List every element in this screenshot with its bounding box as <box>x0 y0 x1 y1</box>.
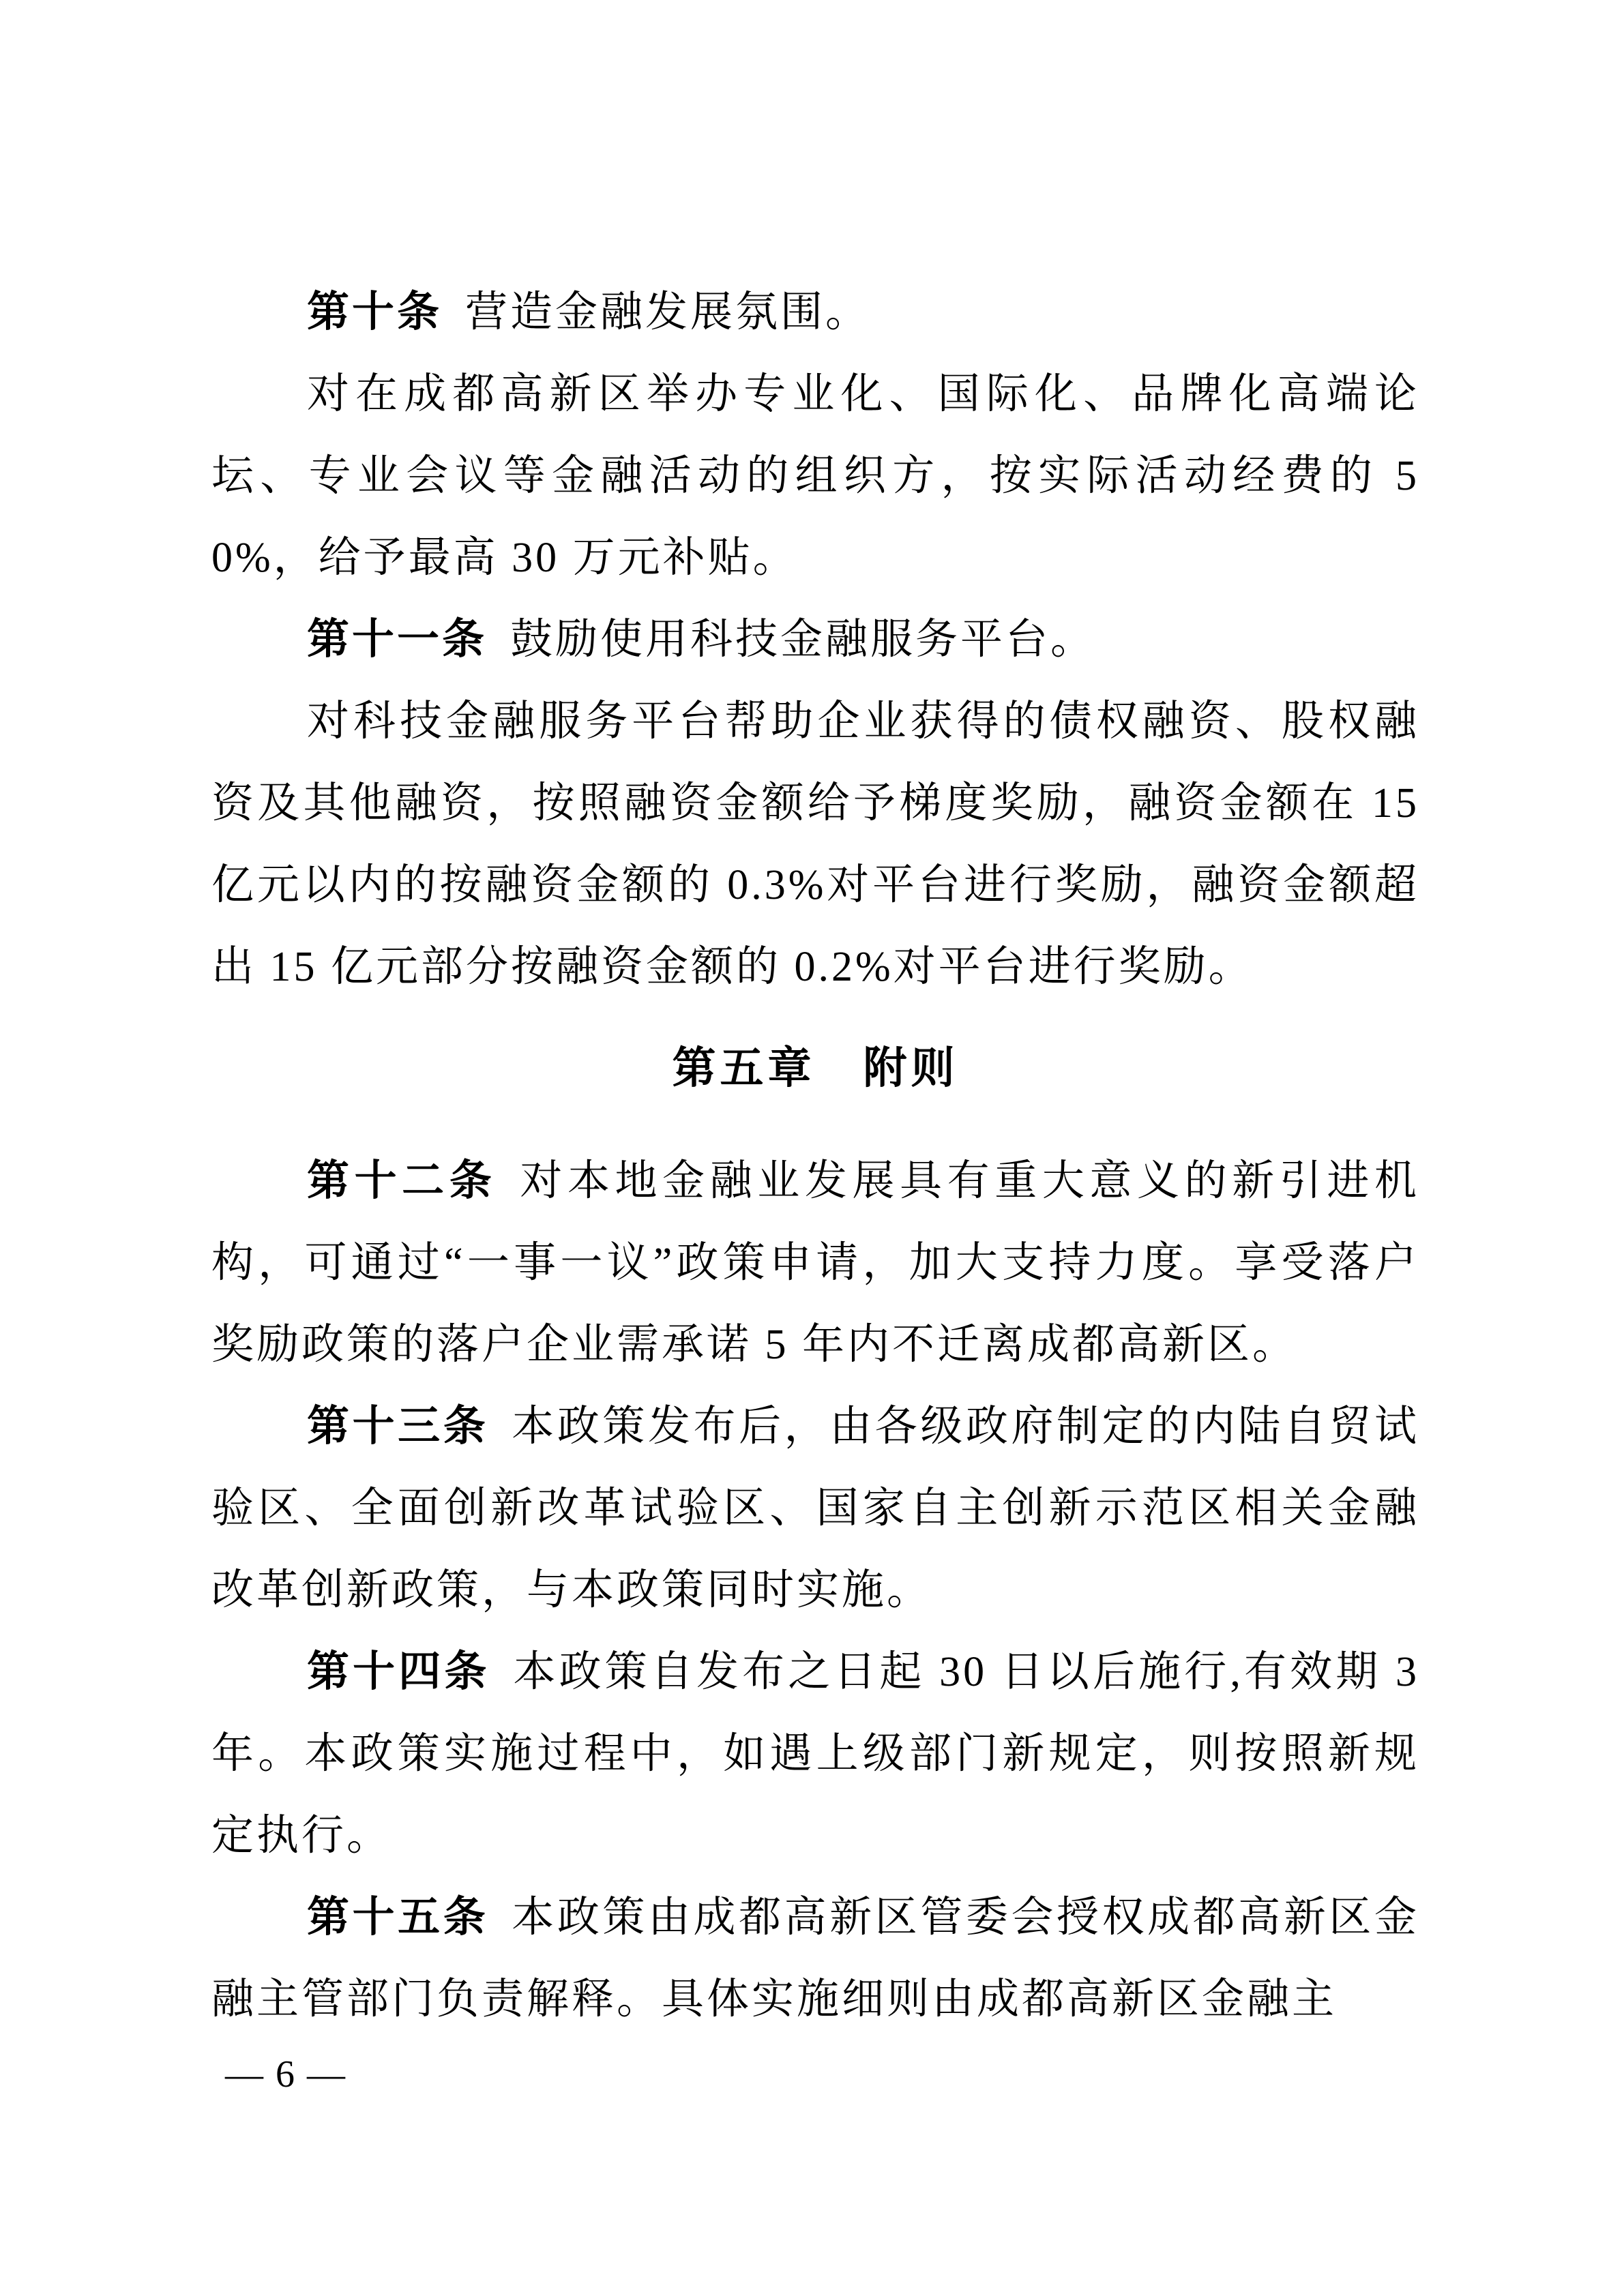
article-15-label: 第十五条 <box>307 1894 488 1941</box>
chapter-5-heading: 第五章 附则 <box>211 1027 1419 1109</box>
article-14-paragraph: 第十四条本政策自发布之日起 30 日以后施行,有效期 3 年。本政策实施过程中，… <box>211 1631 1419 1877</box>
article-13-label: 第十三条 <box>307 1403 488 1450</box>
article-10-title: 营造金融发展氛围。 <box>465 289 870 336</box>
article-10-heading-paragraph: 第十条营造金融发展氛围。 <box>211 271 1419 353</box>
article-11-body-text: 对科技金融服务平台帮助企业获得的债权融资、股权融资及其他融资，按照融资金额给予梯… <box>211 698 1419 990</box>
article-11-heading-paragraph: 第十一条鼓励使用科技金融服务平台。 <box>211 599 1419 681</box>
page-number: — 6 — <box>225 2054 346 2095</box>
article-10-label: 第十条 <box>307 289 442 336</box>
page-content: 第十条营造金融发展氛围。 对在成都高新区举办专业化、国际化、品牌化高端论坛、专业… <box>211 271 1419 2040</box>
document-page: 第十条营造金融发展氛围。 对在成都高新区举办专业化、国际化、品牌化高端论坛、专业… <box>0 0 1624 2296</box>
article-10-body-text: 对在成都高新区举办专业化、国际化、品牌化高端论坛、专业会议等金融活动的组织方，按… <box>211 371 1419 581</box>
article-14-label: 第十四条 <box>307 1649 490 1695</box>
article-11-title: 鼓励使用科技金融服务平台。 <box>510 616 1095 663</box>
article-10-body-paragraph: 对在成都高新区举办专业化、国际化、品牌化高端论坛、专业会议等金融活动的组织方，按… <box>211 353 1419 599</box>
article-13-paragraph: 第十三条本政策发布后，由各级政府制定的内陆自贸试验区、全面创新改革试验区、国家自… <box>211 1386 1419 1631</box>
article-11-body-paragraph: 对科技金融服务平台帮助企业获得的债权融资、股权融资及其他融资，按照融资金额给予梯… <box>211 681 1419 1008</box>
article-11-label: 第十一条 <box>307 616 487 663</box>
article-12-paragraph: 第十二条对本地金融业发展具有重大意义的新引进机构，可通过“一事一议”政策申请，加… <box>211 1140 1419 1386</box>
article-15-paragraph: 第十五条本政策由成都高新区管委会授权成都高新区金融主管部门负责解释。具体实施细则… <box>211 1877 1419 2040</box>
article-12-label: 第十二条 <box>307 1158 497 1204</box>
